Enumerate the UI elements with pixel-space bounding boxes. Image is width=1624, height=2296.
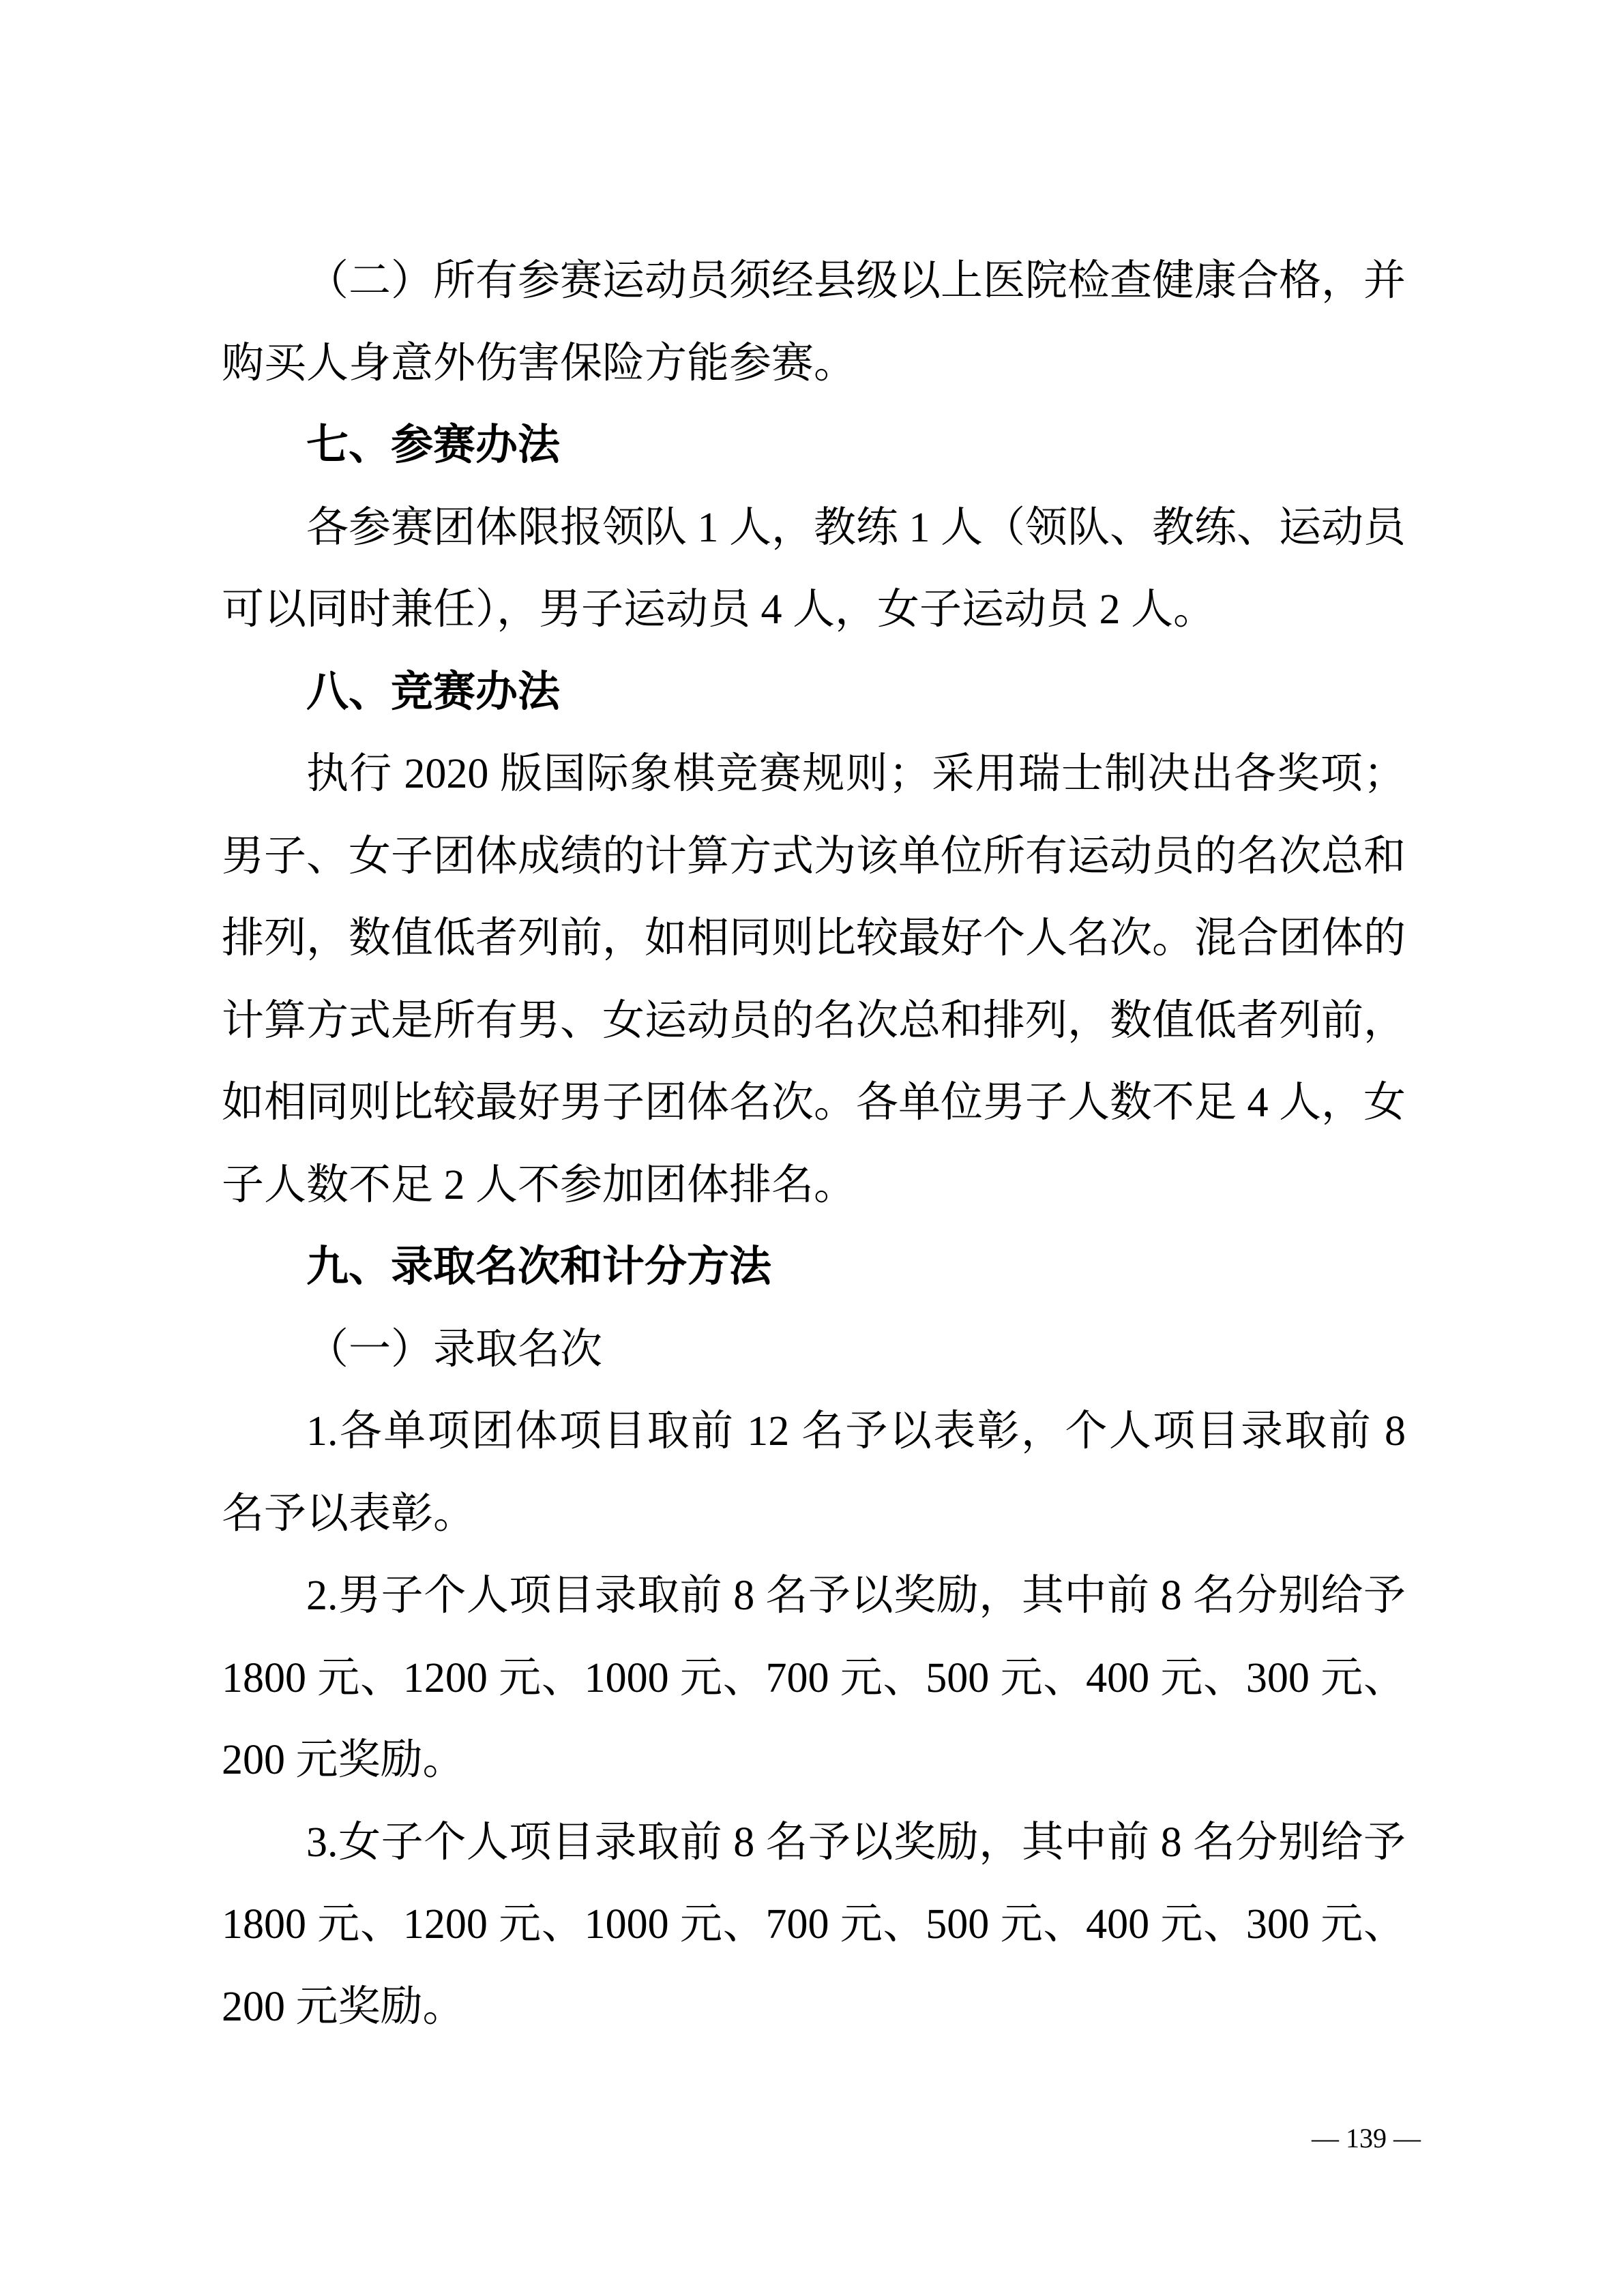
text-line: 男子、女子团体成绩的计算方式为该单位所有运动员的名次总和 — [222, 816, 1406, 898]
section-heading: 八、竞赛办法 — [222, 651, 1406, 734]
page-number: — 139 — — [1312, 2122, 1421, 2155]
text-line: 购买人身意外伤害保险方能参赛。 — [222, 323, 1406, 405]
text-line: （一）录取名次 — [222, 1309, 1406, 1391]
section-heading: 九、录取名次和计分方法 — [222, 1226, 1406, 1309]
text-line: 如相同则比较最好男子团体名次。各单位男子人数不足 4 人，女 — [222, 1062, 1406, 1144]
text-line: 名予以表彰。 — [222, 1473, 1406, 1555]
text-line: 1800 元、1200 元、1000 元、700 元、500 元、400 元、3… — [222, 1637, 1406, 1720]
document-page: （二）所有参赛运动员须经县级以上医院检查健康合格，并 购买人身意外伤害保险方能参… — [0, 0, 1624, 2296]
text-line: 可以同时兼任），男子运动员 4 人，女子运动员 2 人。 — [222, 569, 1406, 651]
text-line: 计算方式是所有男、女运动员的名次总和排列，数值低者列前， — [222, 980, 1406, 1062]
text-line: 1800 元、1200 元、1000 元、700 元、500 元、400 元、3… — [222, 1883, 1406, 1966]
section-heading: 七、参赛办法 — [222, 404, 1406, 487]
text-line: 2.男子个人项目录取前 8 名予以奖励，其中前 8 名分别给予 — [222, 1555, 1406, 1637]
text-line: （二）所有参赛运动员须经县级以上医院检查健康合格，并 — [222, 240, 1406, 323]
document-body: （二）所有参赛运动员须经县级以上医院检查健康合格，并 购买人身意外伤害保险方能参… — [222, 240, 1406, 2048]
text-line: 子人数不足 2 人不参加团体排名。 — [222, 1144, 1406, 1227]
text-line: 200 元奖励。 — [222, 1719, 1406, 1802]
text-line: 各参赛团体限报领队 1 人，教练 1 人（领队、教练、运动员 — [222, 487, 1406, 569]
text-line: 1.各单项团体项目取前 12 名予以表彰，个人项目录取前 8 — [222, 1390, 1406, 1473]
text-line: 200 元奖励。 — [222, 1966, 1406, 2048]
text-line: 执行 2020 版国际象棋竞赛规则；采用瑞士制决出各奖项； — [222, 733, 1406, 816]
text-line: 3.女子个人项目录取前 8 名予以奖励，其中前 8 名分别给予 — [222, 1802, 1406, 1884]
text-line: 排列，数值低者列前，如相同则比较最好个人名次。混合团体的 — [222, 897, 1406, 980]
